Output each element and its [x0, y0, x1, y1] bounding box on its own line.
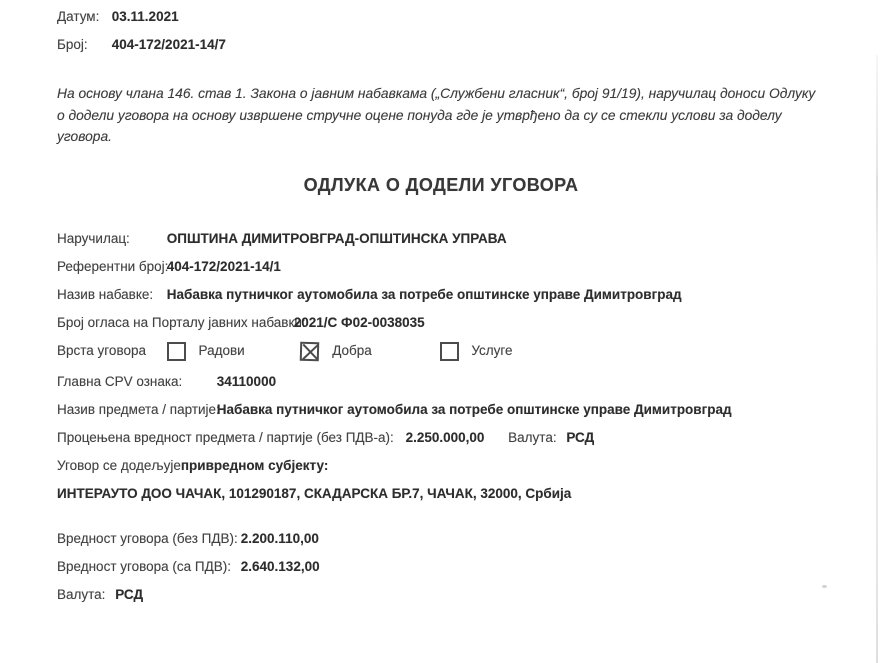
row-portal-notice-number: Број огласа на Порталу јавних набавки: 2…	[57, 314, 825, 332]
checkbox-usluge-icon	[440, 342, 459, 361]
contracting-authority-value: ОПШТИНА ДИМИТРОВГРАД-ОПШТИНСКА УПРАВА	[167, 231, 507, 246]
checkbox-dobra-label: Добра	[332, 342, 372, 360]
subject-name-label: Назив предмета / партије:	[57, 401, 213, 419]
awarded-supplier-line: ИНТЕРАУТО ДОО ЧАЧАК, 101290187, СКАДАРСК…	[57, 485, 825, 503]
number-label: Број:	[57, 36, 108, 54]
row-subject-name: Назив предмета / партије: Набавка путнич…	[57, 401, 825, 419]
procurement-name-value: Набавка путничког аутомобила за потребе …	[167, 287, 682, 302]
award-statement-suffix: :	[324, 458, 329, 473]
currency-label: Валута:	[57, 586, 105, 604]
row-award-statement: Уговор се додељује привредном субјекту:	[57, 457, 825, 475]
row-contract-type: Врста уговора Радови Добра Услуге	[57, 342, 825, 363]
contract-type-label: Врста уговора	[57, 342, 146, 360]
row-cpv-code: Главна CPV ознака: 34110000	[57, 373, 825, 391]
currency-value: РСД	[115, 587, 143, 602]
contract-value-excl-vat-label: Вредност уговора (без ПДВ):	[57, 530, 237, 548]
number-value: 404-172/2021-14/7	[112, 37, 226, 52]
reference-number-label: Референтни број:	[57, 258, 163, 276]
contract-value-incl-vat-value: 2.640.132,00	[241, 559, 320, 574]
checkbox-dobra-icon	[300, 341, 319, 360]
portal-notice-number-label: Број огласа на Порталу јавних набавки:	[57, 314, 290, 332]
cpv-code-value: 34110000	[217, 374, 276, 389]
scan-artifact-dot	[822, 585, 827, 588]
estimated-value-label: Процењена вредност предмета / партије (б…	[57, 429, 394, 447]
document-title: ОДЛУКА О ДОДЕЛИ УГОВОРА	[57, 175, 825, 196]
portal-notice-number-value: 2021/С Ф02-0038035	[294, 315, 425, 330]
row-contract-value-incl-vat: Вредност уговора (са ПДВ): 2.640.132,00	[57, 558, 825, 576]
contract-value-excl-vat-value: 2.200.110,00	[241, 531, 319, 546]
checkbox-radovi-label: Радови	[199, 342, 245, 360]
row-contract-value-excl-vat: Вредност уговора (без ПДВ): 2.200.110,00	[57, 530, 825, 548]
award-statement-prefix: Уговор се додељује	[57, 457, 181, 475]
row-estimated-value: Процењена вредност предмета / партије (б…	[57, 429, 825, 447]
row-reference-number: Референтни број: 404-172/2021-14/1	[57, 258, 825, 276]
contracting-authority-label: Наручилац:	[57, 230, 163, 248]
checkbox-usluge-label: Услуге	[471, 342, 512, 360]
contract-value-incl-vat-label: Вредност уговора (са ПДВ):	[57, 558, 237, 576]
row-number: Број: 404-172/2021-14/7	[57, 36, 825, 54]
checkbox-radovi-icon	[167, 342, 186, 361]
row-currency: Валута: РСД	[57, 586, 825, 604]
details-section: Наручилац: ОПШТИНА ДИМИТРОВГРАД-ОПШТИНСК…	[57, 230, 825, 604]
row-contracting-authority: Наручилац: ОПШТИНА ДИМИТРОВГРАД-ОПШТИНСК…	[57, 230, 825, 248]
scan-artifact-edge-line	[876, 55, 878, 663]
row-date: Датум: 03.11.2021	[57, 8, 825, 26]
procurement-name-label: Назив набавке:	[57, 286, 163, 304]
date-value: 03.11.2021	[112, 9, 179, 24]
contract-type-option-usluge: Услуге	[440, 342, 513, 363]
date-label: Датум:	[57, 8, 108, 26]
row-procurement-name: Назив набавке: Набавка путничког аутомоб…	[57, 286, 825, 304]
cpv-code-label: Главна CPV ознака:	[57, 373, 213, 391]
reference-number-value: 404-172/2021-14/1	[167, 259, 281, 274]
estimated-value-currency: РСД	[566, 430, 594, 445]
preamble-paragraph: На основу члана 146. став 1. Закона о ја…	[57, 83, 825, 148]
contract-type-options: Радови Добра Услуге	[150, 342, 513, 363]
contract-type-option-radovi: Радови	[167, 342, 245, 363]
contract-type-option-dobra: Добра	[300, 342, 371, 363]
subject-name-value: Набавка путничког аутомобила за потребе …	[217, 402, 732, 417]
decision-document-page: Датум: 03.11.2021 Број: 404-172/2021-14/…	[0, 0, 885, 663]
award-statement-emphasis: привредном субјекту	[181, 458, 324, 473]
estimated-value-value: 2.250.000,00	[406, 430, 485, 445]
estimated-value-currency-label: Валута:	[508, 429, 556, 447]
